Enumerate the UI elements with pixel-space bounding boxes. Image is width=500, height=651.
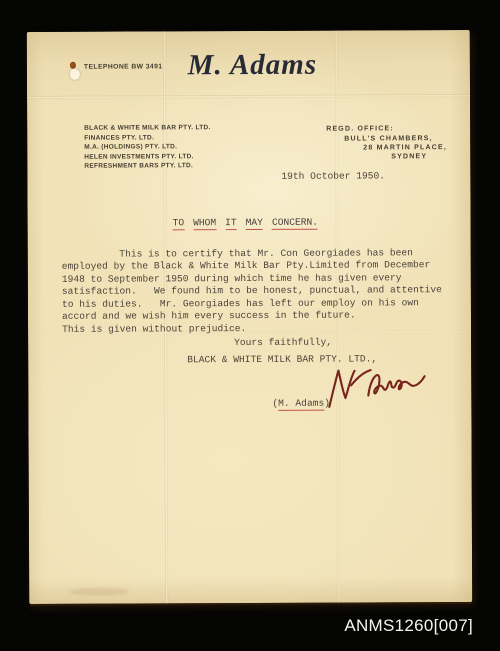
closing-salutation: Yours faithfully, — [234, 337, 332, 348]
letter-heading: TOWHOMITMAYCONCERN. — [173, 217, 327, 231]
heading-word: IT — [225, 217, 237, 230]
regd-office-address-line: BULL'S CHAMBERS, — [344, 135, 433, 142]
paren-close: ) — [324, 398, 330, 409]
heading-word: CONCERN. — [272, 217, 318, 230]
company-list-item: REFRESHMENT BARS PTY. LTD. — [84, 162, 211, 172]
heading-word: TO — [173, 217, 185, 230]
letter-document: TELEPHONE BW 3491 M. Adams BLACK & WHITE… — [27, 30, 472, 604]
paper-tear-spot — [70, 69, 80, 80]
paren-open: ( — [272, 398, 278, 409]
body-line: This is given without prejudice. — [62, 322, 442, 336]
smudge-mark — [69, 588, 129, 596]
body-line: to his duties. Mr. Georgiades has left o… — [62, 297, 442, 311]
signature-ink-strokes — [321, 355, 434, 416]
handwritten-signature — [321, 355, 434, 416]
regd-office-label: REGD. OFFICE: — [326, 125, 394, 132]
rust-stain — [70, 62, 76, 69]
company-list-item: BLACK & WHITE MILK BAR PTY. LTD. — [84, 123, 211, 133]
company-list-item: HELEN INVESTMENTS PTY. LTD. — [84, 152, 211, 162]
body-text: This is to certify that Mr. Con Georgiad… — [62, 247, 442, 336]
archive-photo-viewer: { "archive_label": "ANMS1260[007]", "let… — [0, 0, 500, 651]
telephone-number: TELEPHONE BW 3491 — [84, 63, 163, 70]
letter-date: 19th October 1950. — [281, 170, 385, 181]
regd-office-address-line: SYDNEY — [391, 153, 427, 160]
company-logo-script: M. Adams — [165, 49, 340, 83]
company-list-item: M.A. (HOLDINGS) PTY. LTD. — [84, 142, 211, 152]
archive-reference-label: ANMS1260[007] — [344, 616, 473, 636]
heading-word: MAY — [246, 217, 263, 230]
heading-word: WHOM — [193, 217, 216, 230]
company-list: BLACK & WHITE MILK BAR PTY. LTD.FINANCES… — [84, 123, 211, 172]
typed-signatory-name: (M. Adams) — [272, 398, 330, 409]
horizontal-fold-crease — [27, 94, 470, 99]
signatory-name: M. Adams — [278, 398, 324, 411]
company-list-item: FINANCES PTY. LTD. — [84, 133, 211, 143]
regd-office-address-line: 28 MARTIN PLACE, — [363, 144, 447, 151]
